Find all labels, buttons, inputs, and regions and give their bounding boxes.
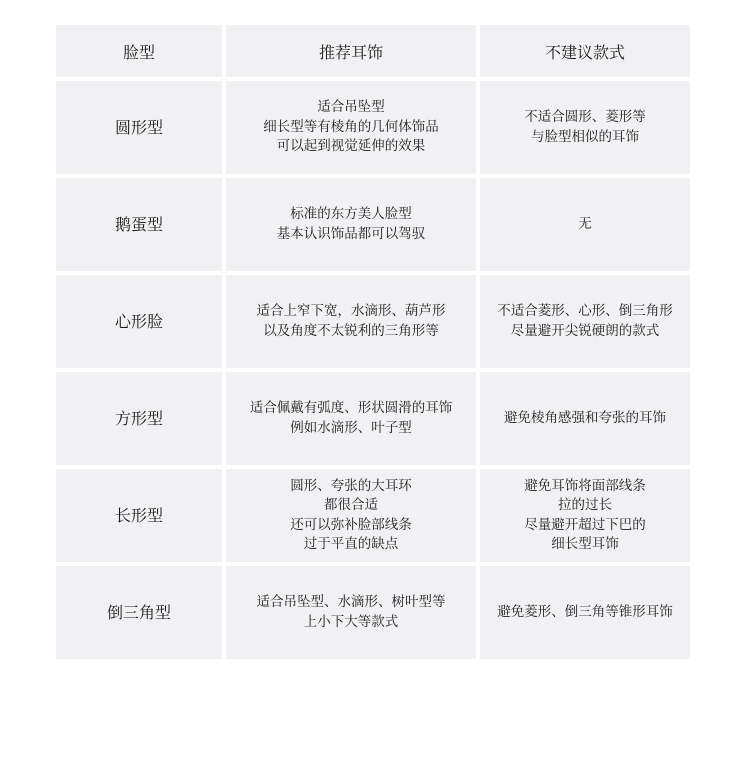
face-shape-cell: 方形型 — [56, 372, 222, 465]
avoid-cell: 不适合菱形、心形、倒三角形 尽量避开尖锐硬朗的款式 — [480, 275, 690, 368]
header-avoid: 不建议款式 — [480, 25, 690, 77]
face-shape-cell: 心形脸 — [56, 275, 222, 368]
header-face-shape: 脸型 — [56, 25, 222, 77]
face-shape-cell: 倒三角型 — [56, 566, 222, 659]
avoid-cell: 无 — [480, 178, 690, 271]
avoid-cell: 避免耳饰将面部线条 拉的过长 尽量避开超过下巴的 细长型耳饰 — [480, 469, 690, 562]
recommended-cell: 适合吊坠型、水滴形、树叶型等 上小下大等款式 — [226, 566, 476, 659]
recommended-cell: 适合上窄下宽，水滴形、葫芦形 以及角度不太锐利的三角形等 — [226, 275, 476, 368]
recommended-cell: 圆形、夸张的大耳环 都很合适 还可以弥补脸部线条 过于平直的缺点 — [226, 469, 476, 562]
face-shape-cell: 鹅蛋型 — [56, 178, 222, 271]
face-shape-cell: 圆形型 — [56, 81, 222, 174]
earring-face-shape-table: 脸型 推荐耳饰 不建议款式 圆形型 适合吊坠型 细长型等有棱角的几何体饰品 可以… — [56, 25, 690, 659]
avoid-cell: 避免棱角感强和夸张的耳饰 — [480, 372, 690, 465]
recommended-cell: 标准的东方美人脸型 基本认识饰品都可以驾驭 — [226, 178, 476, 271]
recommended-cell: 适合佩戴有弧度、形状圆滑的耳饰 例如水滴形、叶子型 — [226, 372, 476, 465]
avoid-cell: 不适合圆形、菱形等 与脸型相似的耳饰 — [480, 81, 690, 174]
header-recommended: 推荐耳饰 — [226, 25, 476, 77]
face-shape-cell: 长形型 — [56, 469, 222, 562]
recommended-cell: 适合吊坠型 细长型等有棱角的几何体饰品 可以起到视觉延伸的效果 — [226, 81, 476, 174]
avoid-cell: 避免菱形、倒三角等锥形耳饰 — [480, 566, 690, 659]
